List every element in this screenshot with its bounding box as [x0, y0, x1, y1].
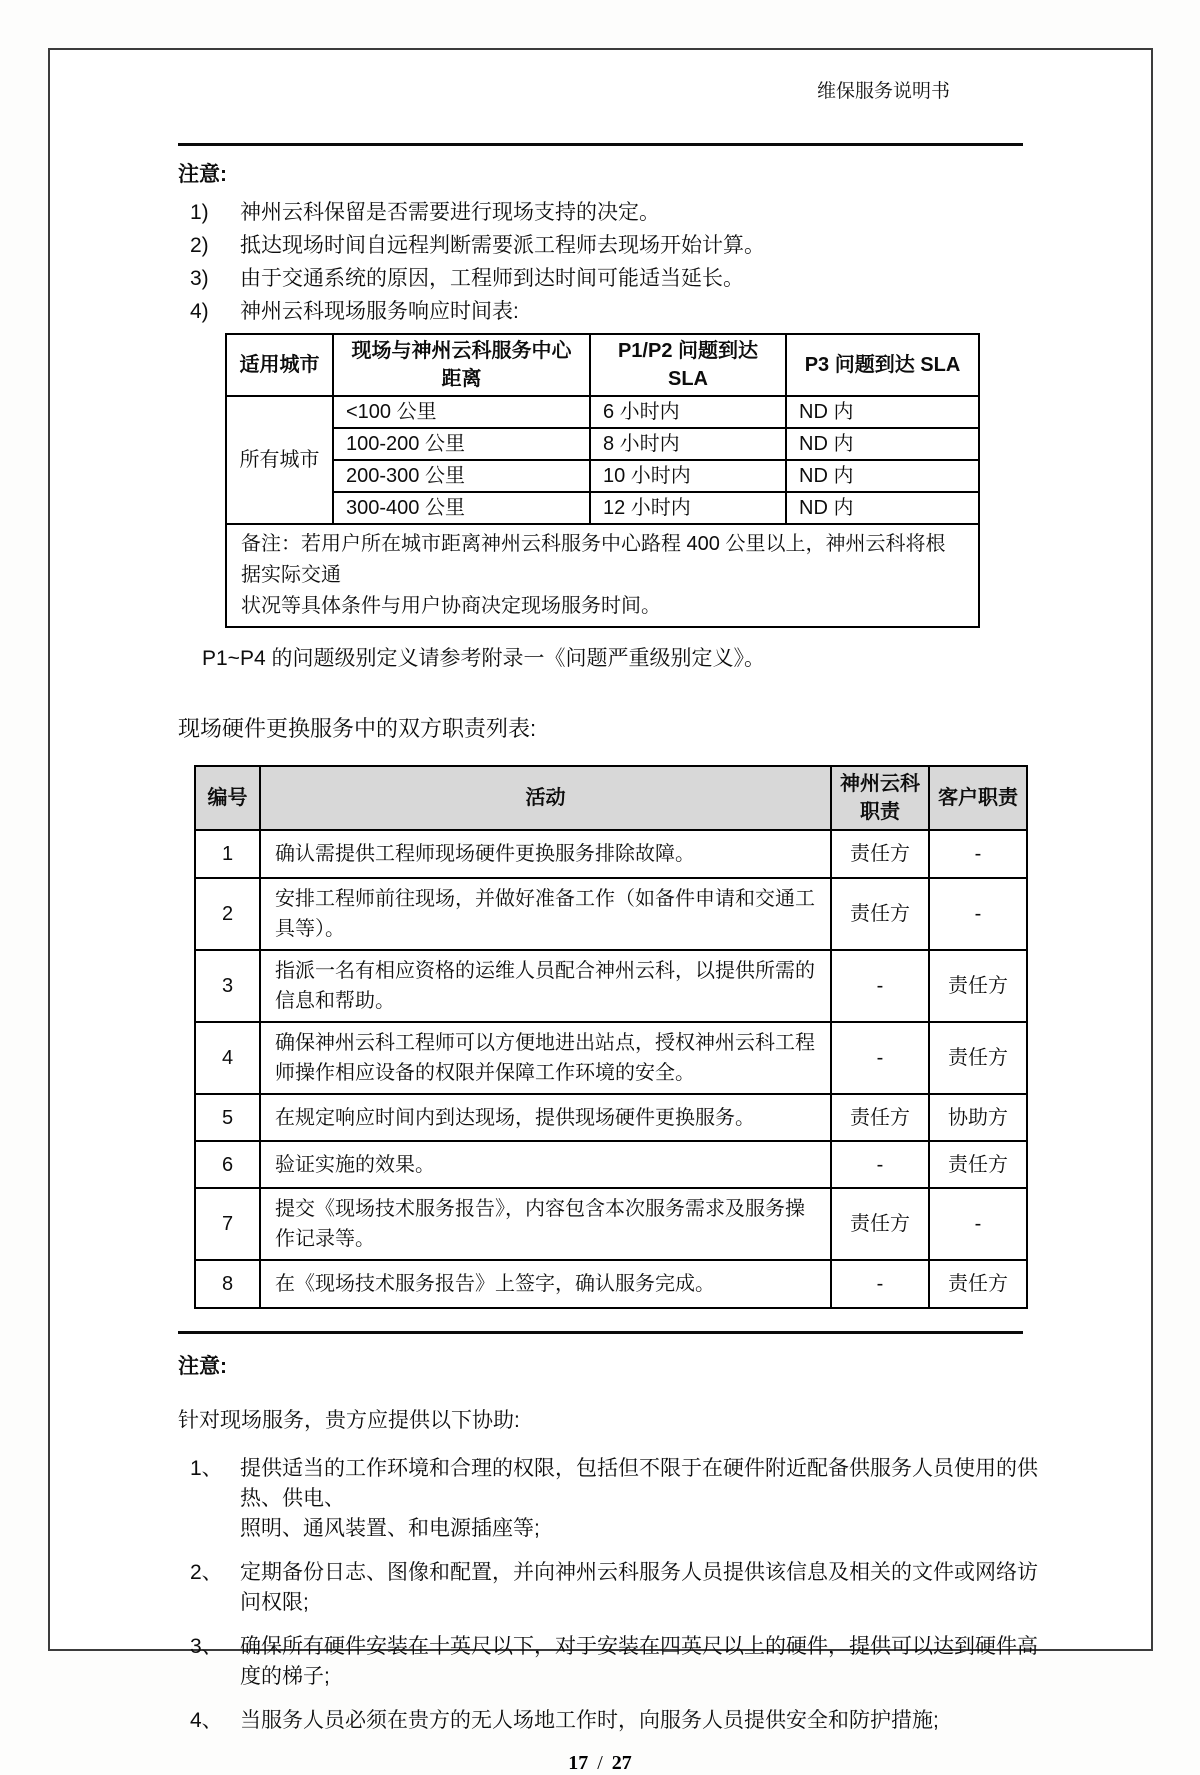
table-row: 5 在规定响应时间内到达现场，提供现场硬件更换服务。 责任方 协助方	[195, 1094, 1027, 1141]
list-item: 2) 抵达现场时间自远程判断需要派工程师去现场开始计算。	[190, 233, 1200, 259]
row-number-cell: 4	[195, 1022, 260, 1094]
list-item: 2、 定期备份日志、图像和配置，并向神州云科服务人员提供该信息及相关的文件或网络…	[190, 1558, 1200, 1618]
column-header: 神州云科 职责	[831, 766, 929, 830]
list-item-number: 2)	[190, 233, 240, 259]
p3-sla-cell: ND 内	[786, 396, 979, 428]
vendor-duty-cell: 责任方	[831, 878, 929, 950]
list-item: 1) 神州云科保留是否需要进行现场支持的决定。	[190, 200, 1200, 226]
column-header: 适用城市	[226, 334, 333, 396]
activity-cell: 提交《现场技术服务报告》，内容包含本次服务需求及服务操 作记录等。	[260, 1188, 831, 1260]
customer-duty-cell: 责任方	[929, 1141, 1027, 1188]
vendor-duty-cell: -	[831, 1260, 929, 1308]
customer-duty-cell: -	[929, 830, 1027, 878]
p12-sla-cell: 8 小时内	[590, 428, 786, 460]
customer-duty-cell: 协助方	[929, 1094, 1027, 1141]
city-group-cell: 所有城市	[226, 396, 333, 524]
current-page: 17	[568, 1752, 588, 1774]
p1p4-note: P1~P4 的问题级别定义请参考附录一《问题严重级别定义》。	[202, 642, 1200, 672]
list-item-text: 由于交通系统的原因，工程师到达时间可能适当延长。	[240, 266, 744, 292]
table-row: 8 在《现场技术服务报告》上签字，确认服务完成。 - 责任方	[195, 1260, 1027, 1308]
list-item-number: 3、	[190, 1632, 240, 1692]
customer-duty-cell: -	[929, 1188, 1027, 1260]
page-separator: /	[597, 1752, 603, 1774]
page-number: 17/27	[0, 1752, 1200, 1775]
customer-duty-cell: 责任方	[929, 950, 1027, 1022]
vendor-duty-cell: 责任方	[831, 830, 929, 878]
distance-cell: 100-200 公里	[333, 428, 590, 460]
table-row: 所有城市 <100 公里 6 小时内 ND 内	[226, 396, 979, 428]
doc-header-title: 维保服务说明书	[0, 0, 1200, 103]
list-item-text: 定期备份日志、图像和配置，并向神州云科服务人员提供该信息及相关的文件或网络访问权…	[240, 1558, 1040, 1618]
document-page: 维保服务说明书 注意: 1) 神州云科保留是否需要进行现场支持的决定。 2) 抵…	[0, 0, 1200, 1775]
distance-cell: 300-400 公里	[333, 492, 590, 524]
distance-cell: <100 公里	[333, 396, 590, 428]
vendor-duty-cell: -	[831, 1141, 929, 1188]
customer-duty-cell: -	[929, 878, 1027, 950]
vendor-duty-cell: -	[831, 1022, 929, 1094]
list-item-text: 当服务人员必须在贵方的无人场地工作时，向服务人员提供安全和防护措施;	[240, 1706, 939, 1736]
p12-sla-cell: 12 小时内	[590, 492, 786, 524]
table-row: 200-300 公里 10 小时内 ND 内	[226, 460, 979, 492]
table-row: 100-200 公里 8 小时内 ND 内	[226, 428, 979, 460]
activity-cell: 在规定响应时间内到达现场，提供现场硬件更换服务。	[260, 1094, 831, 1141]
p12-sla-cell: 6 小时内	[590, 396, 786, 428]
notice-heading: 注意:	[178, 1350, 1200, 1380]
list-item-text: 神州云科保留是否需要进行现场支持的决定。	[240, 200, 660, 226]
vendor-duty-cell: 责任方	[831, 1094, 929, 1141]
p3-sla-cell: ND 内	[786, 492, 979, 524]
row-number-cell: 5	[195, 1094, 260, 1141]
row-number-cell: 8	[195, 1260, 260, 1308]
column-header: P1/P2 问题到达 SLA	[590, 334, 786, 396]
column-header: 编号	[195, 766, 260, 830]
table-row: 300-400 公里 12 小时内 ND 内	[226, 492, 979, 524]
row-number-cell: 7	[195, 1188, 260, 1260]
responsibility-table: 编号 活动 神州云科 职责 客户职责 1 确认需提供工程师现场硬件更换服务排除故…	[194, 765, 1028, 1309]
list-item-number: 4)	[190, 299, 240, 325]
assist-list: 1、 提供适当的工作环境和合理的权限，包括但不限于在硬件附近配备供服务人员使用的…	[190, 1454, 1200, 1736]
list-item-text: 提供适当的工作环境和合理的权限，包括但不限于在硬件附近配备供服务人员使用的供热、…	[240, 1454, 1040, 1544]
header-rule	[178, 143, 1023, 146]
table-header-row: 适用城市 现场与神州云科服务中心 距离 P1/P2 问题到达 SLA P3 问题…	[226, 334, 979, 396]
activity-cell: 验证实施的效果。	[260, 1141, 831, 1188]
table-header-row: 编号 活动 神州云科 职责 客户职责	[195, 766, 1027, 830]
list-item: 1、 提供适当的工作环境和合理的权限，包括但不限于在硬件附近配备供服务人员使用的…	[190, 1454, 1200, 1544]
table-row: 7 提交《现场技术服务报告》，内容包含本次服务需求及服务操 作记录等。 责任方 …	[195, 1188, 1027, 1260]
activity-cell: 指派一名有相应资格的运维人员配合神州云科，以提供所需的 信息和帮助。	[260, 950, 831, 1022]
table-row: 6 验证实施的效果。 - 责任方	[195, 1141, 1027, 1188]
column-header: 现场与神州云科服务中心 距离	[333, 334, 590, 396]
vendor-duty-cell: -	[831, 950, 929, 1022]
distance-cell: 200-300 公里	[333, 460, 590, 492]
table-row: 4 确保神州云科工程师可以方便地进出站点，授权神州云科工程 师操作相应设备的权限…	[195, 1022, 1027, 1094]
sla-remark: 备注：若用户所在城市距离神州云科服务中心路程 400 公里以上，神州云科将根据实…	[226, 524, 979, 627]
column-header: P3 问题到达 SLA	[786, 334, 979, 396]
sla-table: 适用城市 现场与神州云科服务中心 距离 P1/P2 问题到达 SLA P3 问题…	[225, 333, 980, 628]
list-item-number: 4、	[190, 1706, 240, 1736]
column-header: 活动	[260, 766, 831, 830]
list-item: 4、 当服务人员必须在贵方的无人场地工作时，向服务人员提供安全和防护措施;	[190, 1706, 1200, 1736]
list-item: 4) 神州云科现场服务响应时间表:	[190, 299, 1200, 325]
list-item-number: 1)	[190, 200, 240, 226]
total-pages: 27	[612, 1752, 632, 1774]
table-row: 3 指派一名有相应资格的运维人员配合神州云科，以提供所需的 信息和帮助。 - 责…	[195, 950, 1027, 1022]
activity-cell: 确保神州云科工程师可以方便地进出站点，授权神州云科工程 师操作相应设备的权限并保…	[260, 1022, 831, 1094]
section-rule	[178, 1331, 1023, 1334]
vendor-duty-cell: 责任方	[831, 1188, 929, 1260]
list-item-number: 2、	[190, 1558, 240, 1618]
activity-cell: 安排工程师前往现场，并做好准备工作（如备件申请和交通工 具等）。	[260, 878, 831, 950]
row-number-cell: 1	[195, 830, 260, 878]
list-item-text: 确保所有硬件安装在十英尺以下，对于安装在四英尺以上的硬件，提供可以达到硬件高度的…	[240, 1632, 1040, 1692]
p3-sla-cell: ND 内	[786, 460, 979, 492]
column-header: 客户职责	[929, 766, 1027, 830]
activity-cell: 在《现场技术服务报告》上签字，确认服务完成。	[260, 1260, 831, 1308]
list-item-number: 3)	[190, 266, 240, 292]
activity-cell: 确认需提供工程师现场硬件更换服务排除故障。	[260, 830, 831, 878]
list-item-text: 神州云科现场服务响应时间表:	[240, 299, 519, 325]
row-number-cell: 6	[195, 1141, 260, 1188]
section-title: 现场硬件更换服务中的双方职责列表:	[178, 712, 1200, 743]
table-row: 2 安排工程师前往现场，并做好准备工作（如备件申请和交通工 具等）。 责任方 -	[195, 878, 1027, 950]
row-number-cell: 3	[195, 950, 260, 1022]
p3-sla-cell: ND 内	[786, 428, 979, 460]
table-row: 1 确认需提供工程师现场硬件更换服务排除故障。 责任方 -	[195, 830, 1027, 878]
customer-duty-cell: 责任方	[929, 1022, 1027, 1094]
p12-sla-cell: 10 小时内	[590, 460, 786, 492]
assist-intro: 针对现场服务，贵方应提供以下协助:	[178, 1404, 1200, 1434]
notice-list: 1) 神州云科保留是否需要进行现场支持的决定。 2) 抵达现场时间自远程判断需要…	[190, 200, 1200, 325]
row-number-cell: 2	[195, 878, 260, 950]
notice-heading: 注意:	[178, 158, 1200, 188]
list-item: 3、 确保所有硬件安装在十英尺以下，对于安装在四英尺以上的硬件，提供可以达到硬件…	[190, 1632, 1200, 1692]
list-item-text: 抵达现场时间自远程判断需要派工程师去现场开始计算。	[240, 233, 765, 259]
list-item: 3) 由于交通系统的原因，工程师到达时间可能适当延长。	[190, 266, 1200, 292]
list-item-number: 1、	[190, 1454, 240, 1544]
customer-duty-cell: 责任方	[929, 1260, 1027, 1308]
table-remark-row: 备注：若用户所在城市距离神州云科服务中心路程 400 公里以上，神州云科将根据实…	[226, 524, 979, 627]
